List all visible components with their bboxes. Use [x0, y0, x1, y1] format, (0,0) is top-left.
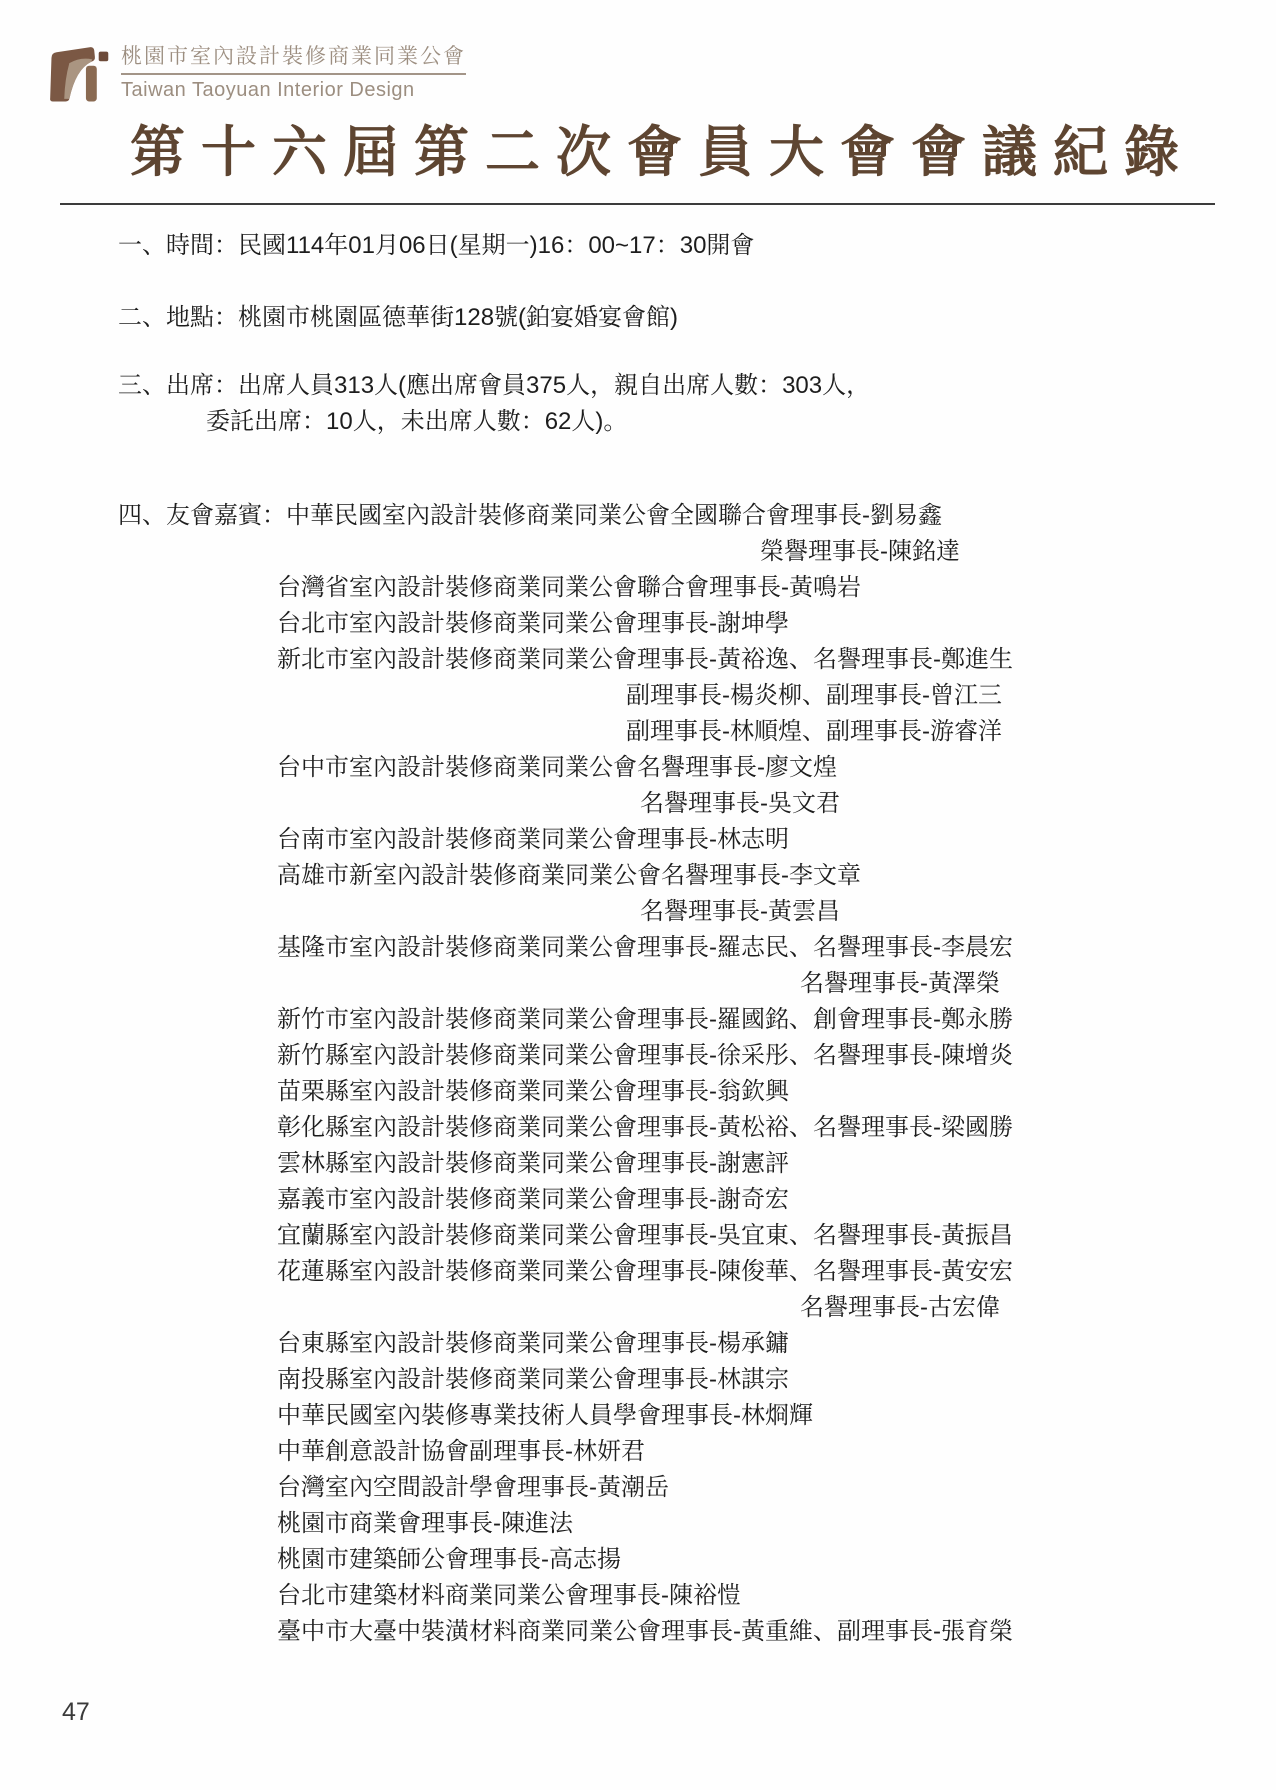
body-line: 中華民國室內裝修專業技術人員學會理事長-林烱輝	[0, 1398, 1276, 1434]
body-line: 委託出席：10人，未出席人數：62人)。	[0, 404, 1276, 440]
body-line: 花蓮縣室內設計裝修商業同業公會理事長-陳俊華、名譽理事長-黃安宏	[0, 1254, 1276, 1290]
logo-name-english: Taiwan Taoyuan Interior Design	[121, 78, 466, 102]
body-line: 新竹縣室內設計裝修商業同業公會理事長-徐采彤、名譽理事長-陳增炎	[0, 1038, 1276, 1074]
body-line: 副理事長-林順煌、副理事長-游睿洋	[0, 714, 1276, 750]
body-line: 臺中市大臺中裝潢材料商業同業公會理事長-黃重維、副理事長-張育榮	[0, 1614, 1276, 1650]
body-line: 高雄市新室內設計裝修商業同業公會名譽理事長-李文章	[0, 858, 1276, 894]
body-line: 桃園市商業會理事長-陳進法	[0, 1506, 1276, 1542]
body-line: 台南市室內設計裝修商業同業公會理事長-林志明	[0, 822, 1276, 858]
body-line: 嘉義市室內設計裝修商業同業公會理事長-謝奇宏	[0, 1182, 1276, 1218]
body-line: 台東縣室內設計裝修商業同業公會理事長-楊承鏞	[0, 1326, 1276, 1362]
logo-text: 桃園市室內設計裝修商業同業公會 Taiwan Taoyuan Interior …	[121, 44, 466, 102]
body-line: 桃園市建築師公會理事長-高志揚	[0, 1542, 1276, 1578]
body-line: 四、友會嘉賓：中華民國室內設計裝修商業同業公會全國聯合會理事長-劉易鑫	[0, 498, 1276, 534]
page-title: 第十六屆第二次會員大會會議紀錄	[130, 120, 1195, 184]
body-line: 新竹市室內設計裝修商業同業公會理事長-羅國銘、創會理事長-鄭永勝	[0, 1002, 1276, 1038]
body-line: 一、時間：民國114年01月06日(星期一)16：00~17：30開會	[0, 228, 1276, 264]
title-divider	[60, 203, 1215, 205]
body-line: 榮譽理事長-陳銘達	[0, 534, 1276, 570]
document-body: 一、時間：民國114年01月06日(星期一)16：00~17：30開會二、地點：…	[0, 207, 1276, 1650]
association-logo: 桃園市室內設計裝修商業同業公會 Taiwan Taoyuan Interior …	[45, 44, 466, 104]
body-line: 台灣省室內設計裝修商業同業公會聯合會理事長-黃鳴岩	[0, 570, 1276, 606]
body-line: 基隆市室內設計裝修商業同業公會理事長-羅志民、名譽理事長-李晨宏	[0, 930, 1276, 966]
logo-i-stem	[86, 66, 97, 102]
logo-name-chinese: 桃園市室內設計裝修商業同業公會	[121, 44, 466, 75]
body-line: 台中市室內設計裝修商業同業公會名譽理事長-廖文煌	[0, 750, 1276, 786]
body-line: 中華創意設計協會副理事長-林妍君	[0, 1434, 1276, 1470]
page-number: 47	[62, 1698, 90, 1727]
body-line: 名譽理事長-古宏偉	[0, 1290, 1276, 1326]
body-line: 台北市室內設計裝修商業同業公會理事長-謝坤學	[0, 606, 1276, 642]
body-line: 雲林縣室內設計裝修商業同業公會理事長-謝憲評	[0, 1146, 1276, 1182]
body-line: 名譽理事長-吳文君	[0, 786, 1276, 822]
body-line: 苗栗縣室內設計裝修商業同業公會理事長-翁欽興	[0, 1074, 1276, 1110]
body-line: 副理事長-楊炎柳、副理事長-曾江三	[0, 678, 1276, 714]
body-line: 名譽理事長-黃雲昌	[0, 894, 1276, 930]
logo-i-dot	[99, 52, 109, 62]
body-line: 南投縣室內設計裝修商業同業公會理事長-林諆宗	[0, 1362, 1276, 1398]
body-line: 新北市室內設計裝修商業同業公會理事長-黃裕逸、名譽理事長-鄭進生	[0, 642, 1276, 678]
body-line: 三、出席：出席人員313人(應出席會員375人，親自出席人數：303人，	[0, 368, 1276, 404]
body-line: 彰化縣室內設計裝修商業同業公會理事長-黃松裕、名譽理事長-梁國勝	[0, 1110, 1276, 1146]
body-line: 名譽理事長-黃澤榮	[0, 966, 1276, 1002]
document-page: 桃園市室內設計裝修商業同業公會 Taiwan Taoyuan Interior …	[0, 0, 1276, 1790]
body-line: 宜蘭縣室內設計裝修商業同業公會理事長-吳宜東、名譽理事長-黃振昌	[0, 1218, 1276, 1254]
body-line: 台北市建築材料商業同業公會理事長-陳裕愷	[0, 1578, 1276, 1614]
body-line: 台灣室內空間設計學會理事長-黃潮岳	[0, 1470, 1276, 1506]
body-line: 二、地點：桃園市桃園區德華街128號(鉑宴婚宴會館)	[0, 300, 1276, 336]
logo-monogram-icon	[45, 44, 109, 104]
